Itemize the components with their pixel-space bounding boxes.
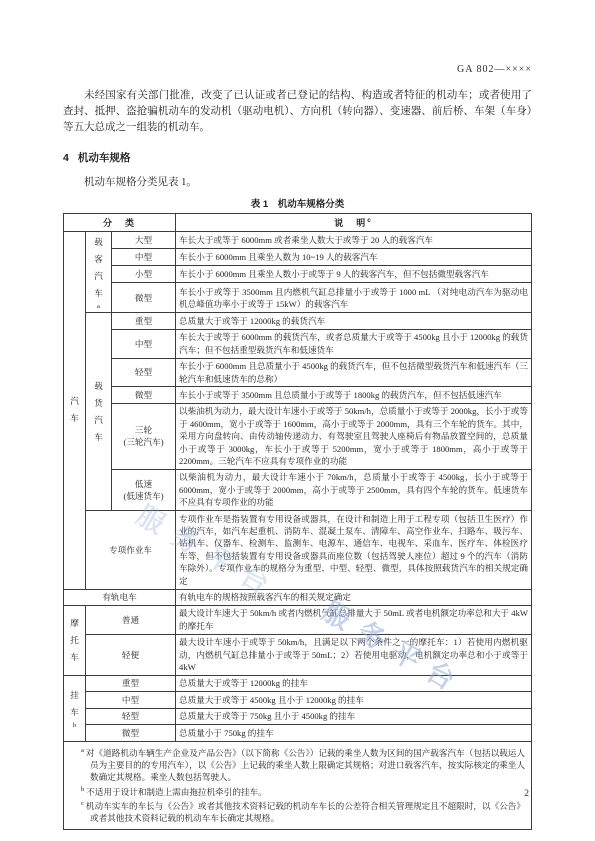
category-truck-label: 载货汽车 xyxy=(94,378,103,446)
table-row: 中型 车长大于或等于 6000mm 的载货汽车，或者总质量大于或等于 4500k… xyxy=(64,329,532,358)
table-row: 轻便 最大设计车速小于或等于 50km/h，且满足以下两个条件之一的摩托车：1）… xyxy=(64,634,532,675)
size-cell: 三轮(三轮汽车) xyxy=(112,403,176,469)
footnotes-cell: a对《道路机动车辆生产企业及产品公告》（以下简称《公告》）记载的乘坐人数为区间的… xyxy=(64,741,532,829)
size-cell: 小型 xyxy=(112,266,176,283)
footnote: c机动车实车的车长与《公告》或者其他技术资料记载的机动车车长的公差符合相关管理规… xyxy=(81,798,525,825)
table-row: 低速(低速货车) 以柴油机为动力，最大设计车速小于 70km/h，总质量小于或等… xyxy=(64,469,532,510)
table-row: 中型 车长小于 6000mm 且乘坐人数为 10~19 人的载客汽车 xyxy=(64,249,532,266)
size-cell: 轻型 xyxy=(86,708,176,724)
desc-cell: 总质量大于或等于 750kg 且小于 4500kg 的挂车 xyxy=(176,708,532,724)
category-special-operation-vehicle: 专项作业车 xyxy=(86,511,176,589)
footnote-marker: c xyxy=(81,800,84,807)
category-motorcycle-label: 摩托车 xyxy=(70,615,79,666)
footnote: a对《道路机动车辆生产企业及产品公告》（以下简称《公告》）记载的乘坐人数为区间的… xyxy=(81,745,525,784)
category-tram: 有轨电车 xyxy=(64,589,176,605)
desc-cell: 车长小于或等于 3500mm 且总质量小于或等于 1800kg 的载货汽车，但不… xyxy=(176,387,532,403)
category-motorcycle: 摩托车 xyxy=(64,605,86,675)
table-row: 小型 车长小于 6000mm 且乘坐人数小于或等于 9 人的载客汽车，但不包括微… xyxy=(64,266,532,283)
vehicle-spec-table: 分 类 说 明c 汽车 载客汽车a 大型 车长大于或等于 6000mm 或者乘坐… xyxy=(63,213,532,830)
footnote-text: 对《道路机动车辆生产企业及产品公告》（以下简称《公告》）记载的乘坐人数为区间的国… xyxy=(86,747,525,782)
section-title: 机动车规格 xyxy=(78,152,131,164)
desc-cell: 有轨电车的规格按照载客汽车的相关规定确定 xyxy=(176,589,532,605)
header-classification: 分 类 xyxy=(64,214,176,232)
desc-cell: 总质量小于 750kg 的挂车 xyxy=(176,725,532,741)
desc-cell: 总质量大于或等于 12000kg 的挂车 xyxy=(176,675,532,691)
standard-code: GA 802—×××× xyxy=(63,64,532,75)
size-label-line2: (低速货车) xyxy=(115,490,172,502)
size-cell: 微型 xyxy=(112,387,176,403)
table-row: 轻型 车长小于 6000mm 且总质量小于 4500kg 的载货汽车，但不包括微… xyxy=(64,358,532,387)
category-passenger-label: 载客汽车 xyxy=(94,234,103,302)
size-label-line2: (三轮汽车) xyxy=(115,436,172,448)
size-cell: 微型 xyxy=(112,283,176,313)
category-truck: 载货汽车 xyxy=(86,313,112,511)
table-row: 轻型 总质量大于或等于 750kg 且小于 4500kg 的挂车 xyxy=(64,708,532,724)
size-cell: 轻便 xyxy=(86,634,176,675)
size-label-line1: 三轮 xyxy=(135,425,152,435)
desc-cell: 车长小于 6000mm 且乘坐人数为 10~19 人的载客汽车 xyxy=(176,249,532,266)
desc-cell: 专项作业车是指装置有专用设备或器具，在设计和制造上用于工程专项（包括卫生医疗）作… xyxy=(176,511,532,589)
desc-cell: 车长大于或等于 6000mm 或者乘坐人数大于或等于 20 人的载客汽车 xyxy=(176,232,532,249)
category-passenger-footnote-ref: a xyxy=(89,303,108,311)
table-row: 中型 总质量大于或等于 4500kg 且小于 12000kg 的挂车 xyxy=(64,692,532,708)
header-description-footnote-ref: c xyxy=(367,217,373,224)
desc-cell: 总质量大于或等于 12000kg 的载货汽车 xyxy=(176,313,532,329)
table-row: 汽车 载客汽车a 大型 车长大于或等于 6000mm 或者乘坐人数大于或等于 2… xyxy=(64,232,532,249)
table-caption: 表 1 机动车规格分类 xyxy=(63,196,532,210)
table-row: 微型 车长小于或等于 3500mm 且内燃机气缸总排量小于或等于 1000 mL… xyxy=(64,283,532,313)
section-number: 4 xyxy=(63,152,69,164)
table-row: 三轮(三轮汽车) 以柴油机为动力，最大设计车速小于或等于 50km/h，总质量小… xyxy=(64,403,532,469)
category-trailer: 挂车b xyxy=(64,675,86,741)
table-row: 专项作业车 专项作业车是指装置有专用设备或器具，在设计和制造上用于工程专项（包括… xyxy=(64,511,532,589)
desc-cell: 最大设计车速大于 50km/h 或者内燃机气缸总排量大于 50mL 或者电机额定… xyxy=(176,605,532,634)
desc-cell: 总质量大于或等于 4500kg 且小于 12000kg 的挂车 xyxy=(176,692,532,708)
size-cell: 普通 xyxy=(86,605,176,634)
size-cell: 大型 xyxy=(112,232,176,249)
desc-cell: 以柴油机为动力，最大设计车速小于或等于 50km/h，总质量小于或等于 2000… xyxy=(176,403,532,469)
desc-cell: 最大设计车速小于或等于 50km/h，且满足以下两个条件之一的摩托车：1）若使用… xyxy=(176,634,532,675)
page-number: 2 xyxy=(524,789,529,799)
category-trailer-label: 挂车 xyxy=(70,687,79,721)
size-cell: 中型 xyxy=(86,692,176,708)
size-cell: 重型 xyxy=(112,313,176,329)
size-cell: 中型 xyxy=(112,329,176,358)
section-heading: 4机动车规格 xyxy=(63,150,532,165)
table-row: 微型 车长小于或等于 3500mm 且总质量小于或等于 1800kg 的载货汽车… xyxy=(64,387,532,403)
footnotes-row: a对《道路机动车辆生产企业及产品公告》（以下简称《公告》）记载的乘坐人数为区间的… xyxy=(64,741,532,829)
category-trailer-footnote-ref: b xyxy=(67,722,82,730)
footnote-marker: a xyxy=(81,747,84,754)
size-cell: 重型 xyxy=(86,675,176,691)
category-passenger-vehicle: 载客汽车a xyxy=(86,232,112,313)
table-row: 摩托车 普通 最大设计车速大于 50km/h 或者内燃机气缸总排量大于 50mL… xyxy=(64,605,532,634)
desc-cell: 车长大于或等于 6000mm 的载货汽车，或者总质量大于或等于 4500kg 且… xyxy=(176,329,532,358)
size-cell: 低速(低速货车) xyxy=(112,469,176,510)
intro-paragraph: 未经国家有关部门批准，改变了已认证或者已登记的结构、构造或者特征的机动车；或者使… xyxy=(63,88,532,136)
desc-cell: 以柴油机为动力，最大设计车速小于 70km/h，总质量小于或等于 4500kg，… xyxy=(176,469,532,510)
table-row: 有轨电车 有轨电车的规格按照载客汽车的相关规定确定 xyxy=(64,589,532,605)
category-automobile-label: 汽车 xyxy=(70,393,79,427)
table-row: 挂车b 重型 总质量大于或等于 12000kg 的挂车 xyxy=(64,675,532,691)
size-cell: 中型 xyxy=(112,249,176,266)
table-row: 载货汽车 重型 总质量大于或等于 12000kg 的载货汽车 xyxy=(64,313,532,329)
size-label-line1: 低速 xyxy=(135,479,152,489)
footnote-marker: b xyxy=(81,786,84,793)
footnote-text: 机动车实车的车长与《公告》或者其他技术资料记载的机动车车长的公差符合相关管理规定… xyxy=(86,801,525,823)
document-page: 服务平台 服务平台 GA 802—×××× 未经国家有关部门批准，改变了已认证或… xyxy=(0,0,595,841)
size-cell: 轻型 xyxy=(112,358,176,387)
table-header-row: 分 类 说 明c xyxy=(64,214,532,232)
size-cell: 微型 xyxy=(86,725,176,741)
category-automobile: 汽车 xyxy=(64,232,86,589)
footnote: b不适用于设计和制造上需由拖拉机牵引的挂车。 xyxy=(81,784,525,798)
header-description: 说 明c xyxy=(176,214,532,232)
desc-cell: 车长小于或等于 3500mm 且内燃机气缸总排量小于或等于 1000 mL （对… xyxy=(176,283,532,313)
table-row: 微型 总质量小于 750kg 的挂车 xyxy=(64,725,532,741)
footnote-text: 不适用于设计和制造上需由拖拉机牵引的挂车。 xyxy=(86,787,266,797)
table-intro-text: 机动车规格分类见表 1。 xyxy=(63,174,532,189)
header-description-label: 说 明 xyxy=(334,218,367,228)
desc-cell: 车长小于 6000mm 且乘坐人数小于或等于 9 人的载客汽车，但不包括微型载客… xyxy=(176,266,532,283)
desc-cell: 车长小于 6000mm 且总质量小于 4500kg 的载货汽车，但不包括微型载货… xyxy=(176,358,532,387)
